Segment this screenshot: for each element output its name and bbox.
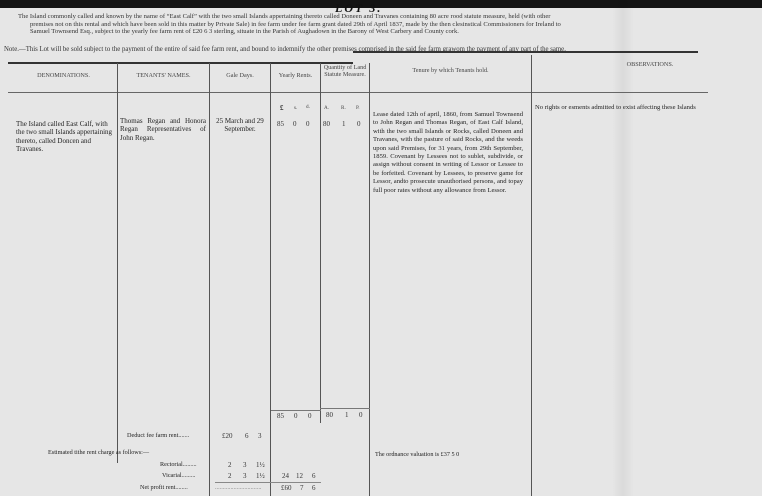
- denomination-text: The Island called East Calf, with the tw…: [16, 120, 112, 153]
- unit-acres: A.: [324, 105, 329, 111]
- total-land-perches: 0: [359, 411, 363, 419]
- unit-perches: P.: [356, 105, 360, 111]
- vicarial-pence: 1½: [256, 472, 265, 480]
- fee-farm-shillings: 6: [245, 432, 249, 440]
- observations-cell: No rights or esments admitted to exist a…: [535, 104, 735, 112]
- header-tenants-names: TENANTS' NAMES.: [118, 72, 209, 79]
- description-line-3: Samuel Townsend Esq., subject to the yea…: [18, 28, 698, 36]
- net-profit-label: Net profit rent........: [140, 484, 188, 492]
- net-shillings: 7: [300, 484, 304, 492]
- header-bottom-rule: [8, 92, 708, 93]
- vicarial-pounds: 2: [228, 472, 232, 480]
- tenure-text: Lease dated 12th of april, 1860, from Sa…: [373, 111, 523, 194]
- unit-roods: R.: [341, 105, 346, 111]
- vicarial-label: Vicarial.........: [162, 472, 195, 480]
- total-land-acres: 80: [326, 411, 333, 419]
- land-acres: 80: [323, 120, 330, 128]
- net-profit-dots: ..............................: [215, 484, 261, 492]
- description-line-2: premises not on this rental and which ha…: [18, 21, 698, 29]
- total-rent-pounds: 85: [277, 412, 284, 420]
- col-divider-4: [320, 63, 321, 423]
- header-top-rule-right: [353, 51, 698, 53]
- ordnance-valuation: The ordnance valuation is £37 5 0: [375, 451, 459, 459]
- observations-text: No rights or esments admitted to exist a…: [535, 104, 696, 111]
- gale-days-text: 25 March and 29 September.: [216, 117, 264, 133]
- total-rent-pence: 0: [308, 412, 312, 420]
- net-rule-right: [271, 482, 321, 483]
- header-top-rule-left: [8, 62, 353, 64]
- unit-pounds: £: [280, 104, 284, 112]
- rent-pence: 0: [306, 120, 310, 128]
- total-land-roods: 1: [345, 411, 349, 419]
- header-denominations: DENOMINATIONS.: [10, 72, 117, 79]
- unit-pence: d.: [306, 104, 310, 110]
- tithe-label: Estimated tithe rent charge as follows:—: [48, 449, 149, 457]
- rectorial-shillings: 3: [243, 461, 247, 469]
- gale-days-cell: 25 March and 29 September.: [212, 117, 268, 134]
- vicarial-shillings: 3: [243, 472, 247, 480]
- tenants-cell: Thomas Regan and Honora Regan Representa…: [120, 117, 206, 142]
- col-divider-2: [209, 63, 210, 496]
- rectorial-pence: 1½: [256, 461, 265, 469]
- deduction-total-shillings: 12: [296, 472, 303, 480]
- unit-shillings: s.: [294, 105, 297, 111]
- net-rule-left: [215, 482, 271, 483]
- header-quantity: Quantity of Land Statute Measure.: [320, 64, 370, 78]
- total-rent-shillings: 0: [294, 412, 298, 420]
- rent-total-rule: [271, 410, 321, 411]
- deduction-total-pounds: 24: [282, 472, 289, 480]
- description-line-1: The Island commonly called and known by …: [18, 13, 698, 21]
- header-gale-days: Gale Days.: [210, 72, 270, 79]
- rectorial-pounds: 2: [228, 461, 232, 469]
- tenure-cell: Lease dated 12th of april, 1860, from Sa…: [373, 111, 523, 195]
- header-yearly-rents: Yearly Rents.: [271, 72, 320, 79]
- rent-shillings: 0: [293, 120, 297, 128]
- land-total-rule: [320, 408, 370, 409]
- tenants-text: Thomas Regan and Honora Regan Representa…: [120, 117, 206, 142]
- rent-pounds: 85: [277, 120, 284, 128]
- header-tenure: Tenure by which Tenants hold.: [370, 67, 531, 74]
- deduction-total-pence: 6: [312, 472, 316, 480]
- fee-farm-pounds: £20: [222, 432, 233, 440]
- page-fold-shadow: [612, 0, 634, 496]
- denomination-cell: The Island called East Calf, with the tw…: [8, 120, 118, 153]
- land-roods: 1: [342, 120, 346, 128]
- net-pounds: £60: [281, 484, 292, 492]
- land-perches: 0: [357, 120, 361, 128]
- col-divider-5: [369, 63, 370, 496]
- deduct-fee-farm-label: Deduct fee farm rent.......: [127, 432, 189, 440]
- rectorial-label: Rectorial.........: [160, 461, 197, 469]
- header-observations: OBSERVATIONS.: [600, 61, 700, 68]
- col-divider-3: [270, 63, 271, 496]
- net-pence: 6: [312, 484, 316, 492]
- col-divider-6: [531, 55, 532, 496]
- fee-farm-pence: 3: [258, 432, 262, 440]
- lot-description: The Island commonly called and known by …: [18, 13, 698, 36]
